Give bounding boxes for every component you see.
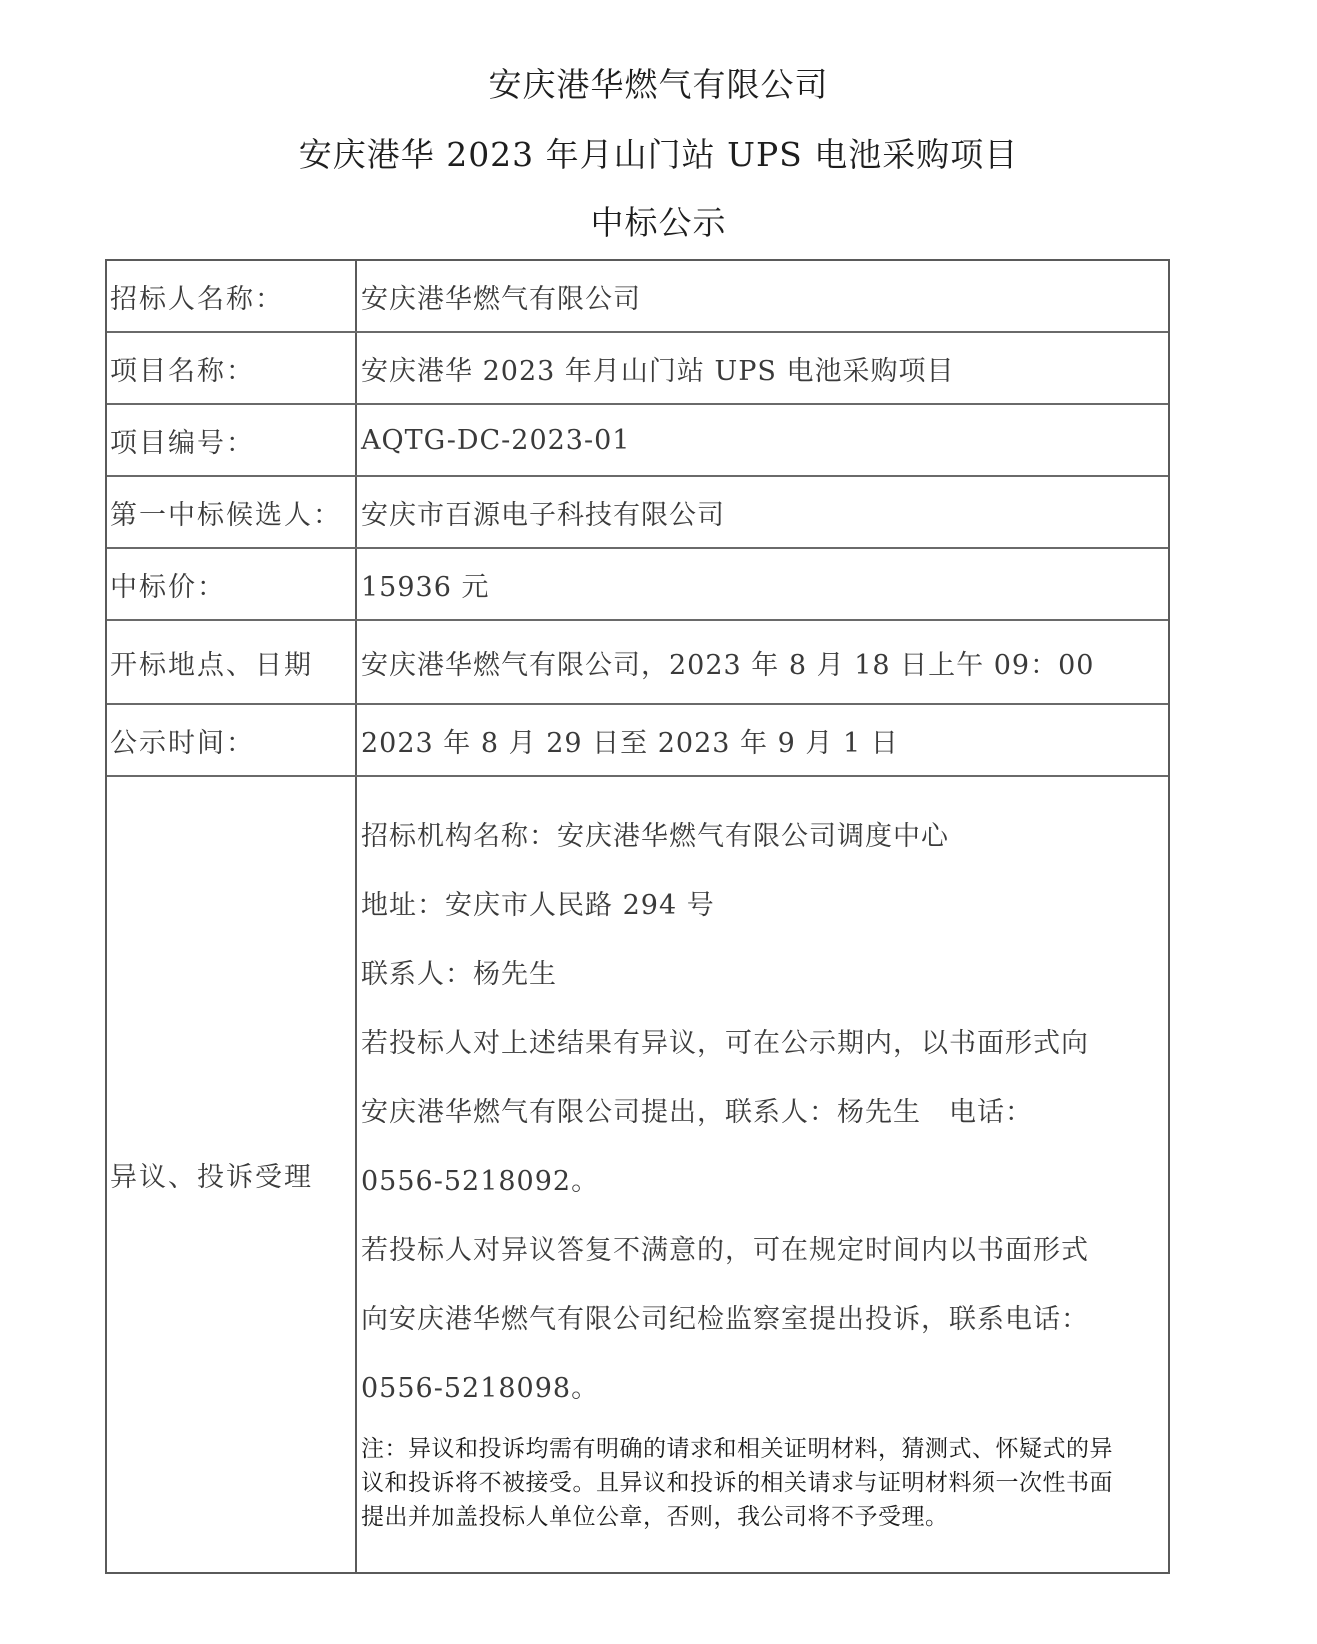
objection-instruction-line-1: 若投标人对上述结果有异议，可在公示期内，以书面形式向 bbox=[361, 1024, 1168, 1093]
objection-note: 注：异议和投诉均需有明确的请求和相关证明材料，猜测式、怀疑式的异议和投诉将不被接… bbox=[361, 1432, 1131, 1534]
winning-price-label: 中标价： bbox=[107, 549, 357, 619]
tenderer-value: 安庆港华燃气有限公司 bbox=[357, 261, 1168, 331]
project-name-value: 安庆港华 2023 年月山门站 UPS 电池采购项目 bbox=[357, 333, 1168, 403]
publicity-period-label: 公示时间： bbox=[107, 705, 357, 775]
complaint-phone: 0556-5218098。 bbox=[361, 1369, 1168, 1438]
project-name-label: 项目名称： bbox=[107, 333, 357, 403]
complaint-instruction-line-1: 若投标人对异议答复不满意的，可在规定时间内以书面形式 bbox=[361, 1231, 1168, 1300]
table-row-tenderer: 招标人名称： 安庆港华燃气有限公司 bbox=[107, 261, 1168, 333]
table-row-project-number: 项目编号： AQTG-DC-2023-01 bbox=[107, 405, 1168, 477]
complaint-instruction-line-2: 向安庆港华燃气有限公司纪检监察室提出投诉，联系电话： bbox=[361, 1300, 1168, 1369]
winning-candidate-label: 第一中标候选人： bbox=[107, 477, 357, 547]
table-row-winning-price: 中标价： 15936 元 bbox=[107, 549, 1168, 621]
announcement-title: 中标公示 bbox=[0, 206, 1317, 240]
table-row-publicity-period: 公示时间： 2023 年 8 月 29 日至 2023 年 9 月 1 日 bbox=[107, 705, 1168, 777]
winning-candidate-value: 安庆市百源电子科技有限公司 bbox=[357, 477, 1168, 547]
project-number-value: AQTG-DC-2023-01 bbox=[357, 405, 1168, 475]
objection-complaint-content: 招标机构名称：安庆港华燃气有限公司调度中心 地址：安庆市人民路 294 号 联系… bbox=[357, 777, 1168, 1572]
company-title: 安庆港华燃气有限公司 bbox=[0, 68, 1317, 102]
project-title: 安庆港华 2023 年月山门站 UPS 电池采购项目 bbox=[0, 138, 1317, 172]
objection-instruction-line-2: 安庆港华燃气有限公司提出，联系人：杨先生 电话： bbox=[361, 1093, 1168, 1162]
objection-phone: 0556-5218092。 bbox=[361, 1162, 1168, 1231]
objection-complaint-label: 异议、投诉受理 bbox=[107, 777, 357, 1572]
agency-name-line: 招标机构名称：安庆港华燃气有限公司调度中心 bbox=[361, 817, 1168, 886]
publicity-period-value: 2023 年 8 月 29 日至 2023 年 9 月 1 日 bbox=[357, 705, 1168, 775]
contact-line: 联系人：杨先生 bbox=[361, 955, 1168, 1024]
address-line: 地址：安庆市人民路 294 号 bbox=[361, 886, 1168, 955]
table-row-objection-complaint: 异议、投诉受理 招标机构名称：安庆港华燃气有限公司调度中心 地址：安庆市人民路 … bbox=[107, 777, 1168, 1572]
winning-price-value: 15936 元 bbox=[357, 549, 1168, 619]
table-row-winning-candidate: 第一中标候选人： 安庆市百源电子科技有限公司 bbox=[107, 477, 1168, 549]
table-row-opening-place-date: 开标地点、日期 安庆港华燃气有限公司，2023 年 8 月 18 日上午 09：… bbox=[107, 621, 1168, 705]
opening-place-date-value: 安庆港华燃气有限公司，2023 年 8 月 18 日上午 09：00 bbox=[357, 621, 1168, 703]
award-announcement-table: 招标人名称： 安庆港华燃气有限公司 项目名称： 安庆港华 2023 年月山门站 … bbox=[105, 259, 1170, 1574]
project-number-label: 项目编号： bbox=[107, 405, 357, 475]
table-row-project-name: 项目名称： 安庆港华 2023 年月山门站 UPS 电池采购项目 bbox=[107, 333, 1168, 405]
opening-place-date-label: 开标地点、日期 bbox=[107, 621, 357, 703]
tenderer-label: 招标人名称： bbox=[107, 261, 357, 331]
